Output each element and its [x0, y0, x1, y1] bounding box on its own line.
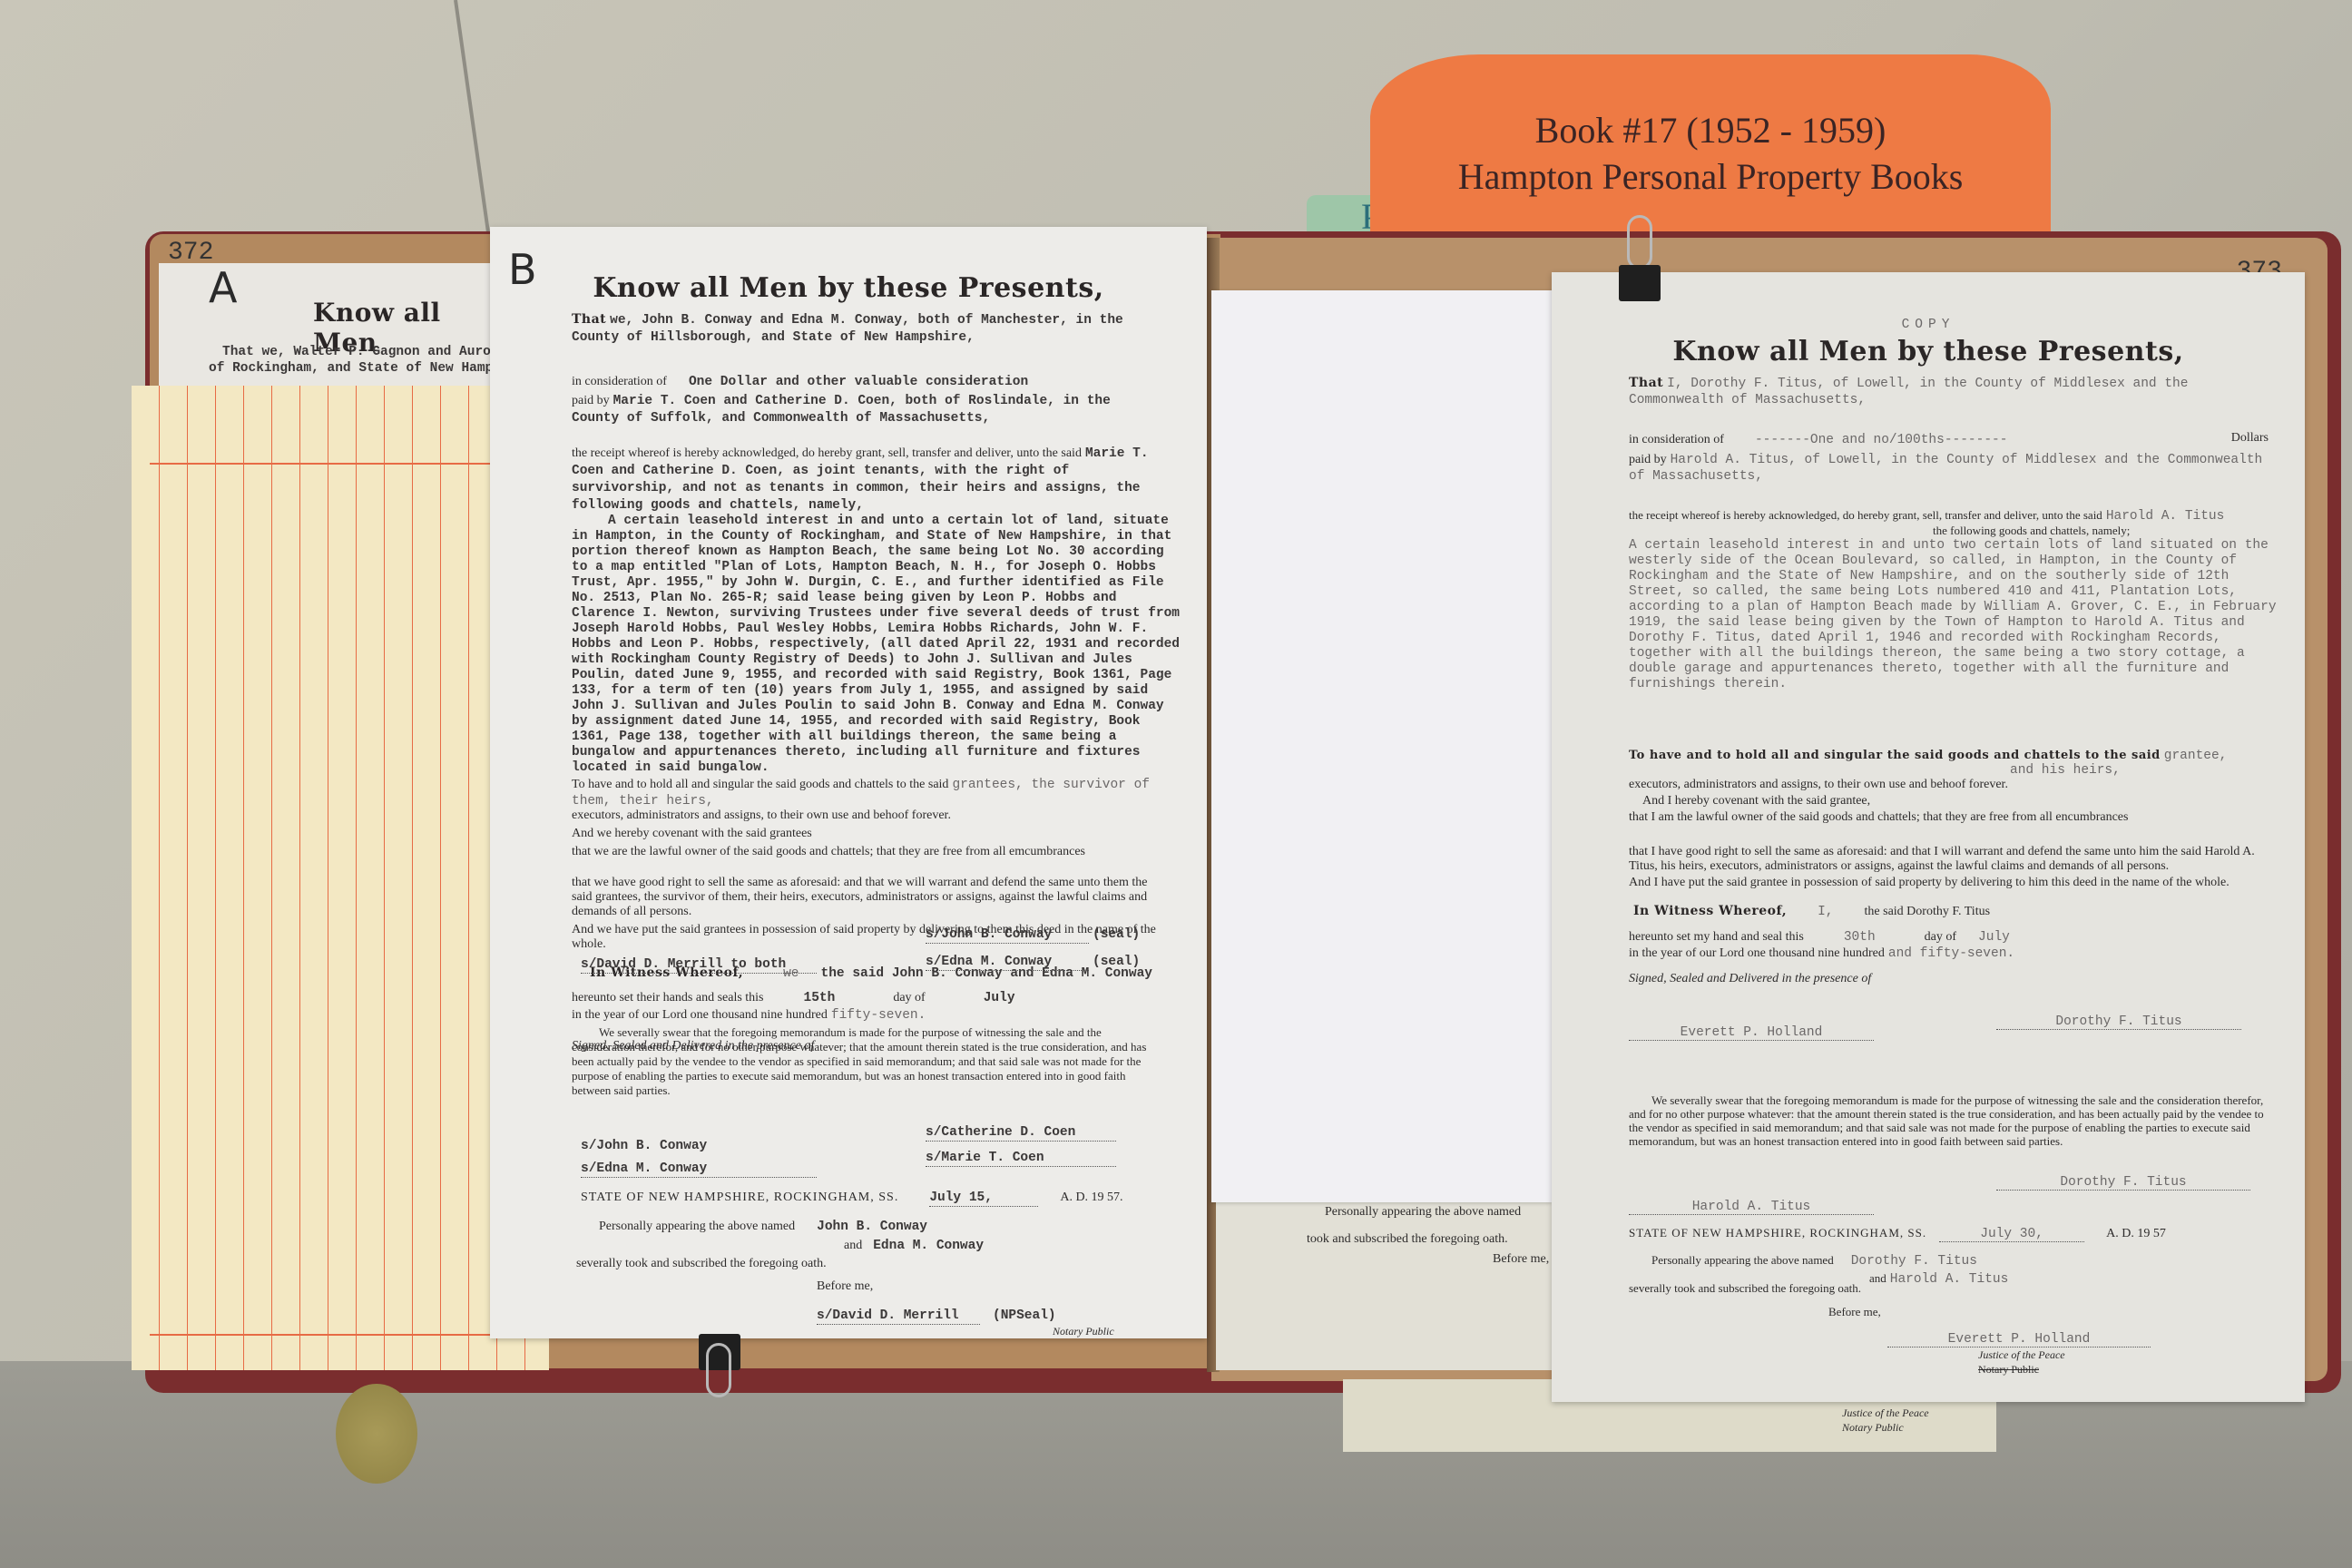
grantor-signature: Dorothy F. Titus [1996, 1014, 2241, 1030]
partial-deed: A Know all Men That we, Walter P. Gagnon… [159, 263, 504, 390]
witness-party: I, [1818, 905, 1833, 919]
covenant-2: that we are the lawful owner of the said… [490, 841, 1207, 859]
covenant-1: And we hereby covenant with the said gra… [490, 823, 1207, 841]
witness-said-label: the said Dorothy F. Titus [1865, 905, 1991, 918]
hereunto-text: hereunto set my hand and seal this [1629, 930, 1804, 944]
under-appearing-text: Personally appearing the above named [1325, 1205, 1521, 1220]
justice-title: Justice of the Peace [1978, 1348, 2065, 1362]
covenant-3: that we have good right to sell the same… [490, 859, 1207, 919]
appearing-text: Personally appearing the above named [599, 1220, 795, 1233]
deed-title: Know all Men by these Presents, [490, 272, 1207, 304]
sign-book-number: Book #17 (1952 - 1959) [1370, 109, 2051, 152]
partial-deed-line-2: of Rockingham, and State of New Hampshir [209, 361, 524, 377]
binder-clip-top [1619, 265, 1661, 301]
grantor-signature-1: s/John B. Conway [926, 927, 1089, 944]
ad-year: A. D. 19 57. [1060, 1191, 1122, 1204]
appearing-and: and [1869, 1271, 1886, 1285]
execution-year: fifty-seven. [831, 1008, 926, 1023]
consideration-label: in consideration of [1629, 433, 1724, 446]
notary-title: Notary Public [1053, 1325, 1114, 1338]
notary-signature: s/David D. Merrill [817, 1308, 980, 1325]
year-text: in the year of our Lord one thousand nin… [572, 1008, 828, 1022]
binder-clip-wire [706, 1343, 731, 1397]
copy-label: COPY [1552, 318, 2305, 332]
seal-2: (seal) [1093, 955, 1140, 969]
state-date: July 30, [1939, 1227, 2084, 1242]
binder-clip-wire [1627, 215, 1652, 269]
appearing-text: Personally appearing the above named [1651, 1253, 1834, 1267]
under-before-me: Before me, [1493, 1252, 1549, 1267]
execution-month: July [1978, 930, 2010, 945]
witness-signature: s/David D. Merrill to both [581, 957, 817, 974]
paid-by-label: paid by [1629, 453, 1667, 466]
slip-title-2: Notary Public [1842, 1421, 1904, 1435]
day-of-label: day of [893, 991, 925, 1004]
receipt-text: the receipt whereof is hereby acknowledg… [572, 446, 1082, 460]
receipt-text: the receipt whereof is hereby acknowledg… [1629, 508, 2102, 522]
oath-taken-text: severally took and subscribed the forego… [1629, 1281, 1861, 1296]
that-label: That [572, 312, 606, 327]
grantee-text: Harold A. Titus [2106, 509, 2225, 524]
covenant-2: that I am the lawful owner of the said g… [1552, 808, 2305, 825]
state-date: July 15, [929, 1191, 1038, 1207]
witness-signature: Everett P. Holland [1629, 1025, 1874, 1041]
deed-conway-to-coen: B Know all Men by these Presents, That w… [490, 227, 1207, 1338]
ledger-rule [150, 1334, 540, 1336]
property-description: A certain leasehold interest in and unto… [490, 514, 1207, 776]
ledger-card [132, 386, 549, 1370]
oath-taken-text: severally took and subscribed the forego… [576, 1257, 827, 1271]
grantor-text: we, John B. Conway and Edna M. Conway, b… [572, 313, 1123, 345]
deed-title: Know all Men by these Presents, [1552, 336, 2305, 367]
consideration-label: in consideration of [572, 375, 667, 388]
blank-sheet [1211, 290, 1552, 1202]
state-line: STATE OF NEW HAMPSHIRE, ROCKINGHAM, SS. [581, 1191, 898, 1204]
slip-title-1: Justice of the Peace [1842, 1406, 1929, 1420]
oath-signature-edna: s/Edna M. Conway [581, 1161, 817, 1178]
handwritten-mark-a: A [209, 263, 237, 312]
execution-year: and fifty-seven. [1888, 946, 2014, 961]
sign-collection-title: Hampton Personal Property Books [1370, 155, 2051, 198]
habendum-label: To have and to hold all and singular the… [1629, 749, 2161, 762]
habendum-end: executors, administrators and assigns, t… [572, 808, 1171, 823]
oath-paragraph: We severally swear that the foregoing me… [1629, 1093, 2264, 1148]
oath-signature-john: s/John B. Conway [581, 1139, 707, 1154]
execution-month: July [984, 991, 1015, 1005]
justice-signature: Everett P. Holland [1887, 1332, 2151, 1347]
dollars-label: Dollars [2231, 431, 2269, 446]
handwritten-mark-b: B [508, 245, 537, 294]
year-text: in the year of our Lord one thousand nin… [1629, 946, 1885, 960]
property-description: A certain leasehold interest in and unto… [1552, 538, 2305, 692]
appearing-name-1: Dorothy F. Titus [1851, 1254, 1977, 1269]
oath-signature-marie: s/Marie T. Coen [926, 1151, 1116, 1167]
ledger-rule [150, 463, 540, 465]
oath-signature-dorothy: Dorothy F. Titus [1996, 1175, 2250, 1191]
before-me-text: Before me, [1828, 1305, 1881, 1319]
appearing-name-1: John B. Conway [817, 1220, 927, 1234]
habendum-grantee: grantee, [2164, 749, 2228, 763]
hereunto-text: hereunto set their hands and seals this [572, 991, 764, 1004]
covenant-4: And I have put the said grantee in posse… [1552, 874, 2305, 890]
covenant-1: And I hereby covenant with the said gran… [1552, 792, 2305, 808]
habendum-end: executors, administrators and assigns, t… [1629, 778, 2269, 792]
hanging-tag [336, 1384, 417, 1484]
appearing-and: and [844, 1239, 862, 1252]
seal-1: (seal) [1093, 927, 1140, 942]
appearing-name-2: Edna M. Conway [873, 1239, 984, 1253]
notary-seal: (NPSeal) [993, 1308, 1056, 1323]
underlying-deed-page: Personally appearing the above named too… [1216, 1198, 1552, 1370]
before-me-text: Before me, [817, 1279, 873, 1294]
covenant-3: that I have good right to sell the same … [1552, 825, 2305, 874]
deed-titus-to-titus: COPY Know all Men by these Presents, Tha… [1552, 272, 2305, 1402]
grantor-signature-2: s/Edna M. Conway [926, 955, 1089, 971]
state-line: STATE OF NEW HAMPSHIRE, ROCKINGHAM, SS. [1629, 1226, 1926, 1240]
oath-paragraph: We severally swear that the foregoing me… [572, 1025, 1152, 1098]
signed-sealed-label: Signed, Sealed and Delivered in the pres… [1552, 961, 2305, 986]
notary-title-struck: Notary Public [1978, 1363, 2039, 1377]
habendum-clause: To have and to hold all and singular the… [572, 778, 948, 791]
paid-by-label: paid by [572, 394, 610, 407]
oath-signature-harold: Harold A. Titus [1629, 1200, 1874, 1215]
habendum-heirs: and his heirs, [1629, 763, 2269, 778]
oath-signature-catherine: s/Catherine D. Coen [926, 1125, 1116, 1142]
paid-by-value: Harold A. Titus, of Lowell, in the Count… [1629, 453, 2262, 484]
consideration-value: -------One and no/100ths-------- [1755, 433, 2007, 447]
grantor-text: I, Dorothy F. Titus, of Lowell, in the C… [1629, 377, 2188, 407]
ad-year: A. D. 19 57 [2106, 1227, 2166, 1240]
that-label: That [1629, 376, 1663, 390]
witness-label: In Witness Whereof, [1633, 904, 1787, 918]
day-of-label: day of [1925, 930, 1956, 944]
partial-deed-line-1: That we, Walter P. Gagnon and Aurore [222, 345, 506, 360]
paid-by-value: Marie T. Coen and Catherine D. Coen, bot… [572, 394, 1111, 426]
goods-label: the following goods and chattels, namely… [1552, 524, 2305, 538]
execution-day: 15th [804, 991, 836, 1005]
under-oath-taken: took and subscribed the foregoing oath. [1307, 1232, 1508, 1247]
consideration-value: One Dollar and other valuable considerat… [689, 375, 1028, 389]
execution-day: 30th [1844, 930, 1876, 945]
appearing-name-2: Harold A. Titus [1890, 1272, 2009, 1287]
